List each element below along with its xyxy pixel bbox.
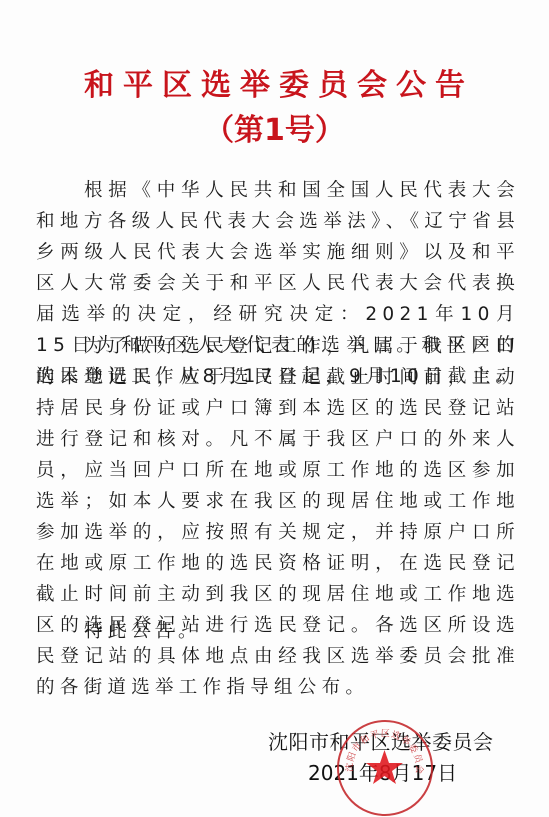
red-star-seal-icon: 沈阳市和平区选举委员会 [339,722,430,813]
announcement-number: （第1号） [0,110,549,152]
paragraph-registration-rules: 为了做好选民登记工作，凡属于我区户口的本地选民，应于选民登记截止时间前，主动持居… [36,331,520,703]
announcement-page: 和平区选举委员会公告 （第1号） 根据《中华人民共和国全国人民代表大会和地方各级… [0,0,549,817]
official-seal: 沈阳市和平区选举委员会 [337,720,433,816]
closing-remark: 特此公告。 [84,616,202,647]
paragraph-text: 为了做好选民登记工作，凡属于我区户口的本地选民，应于选民登记截止时间前，主动持居… [36,331,520,703]
announcement-title: 和平区选举委员会公告 [0,64,549,108]
